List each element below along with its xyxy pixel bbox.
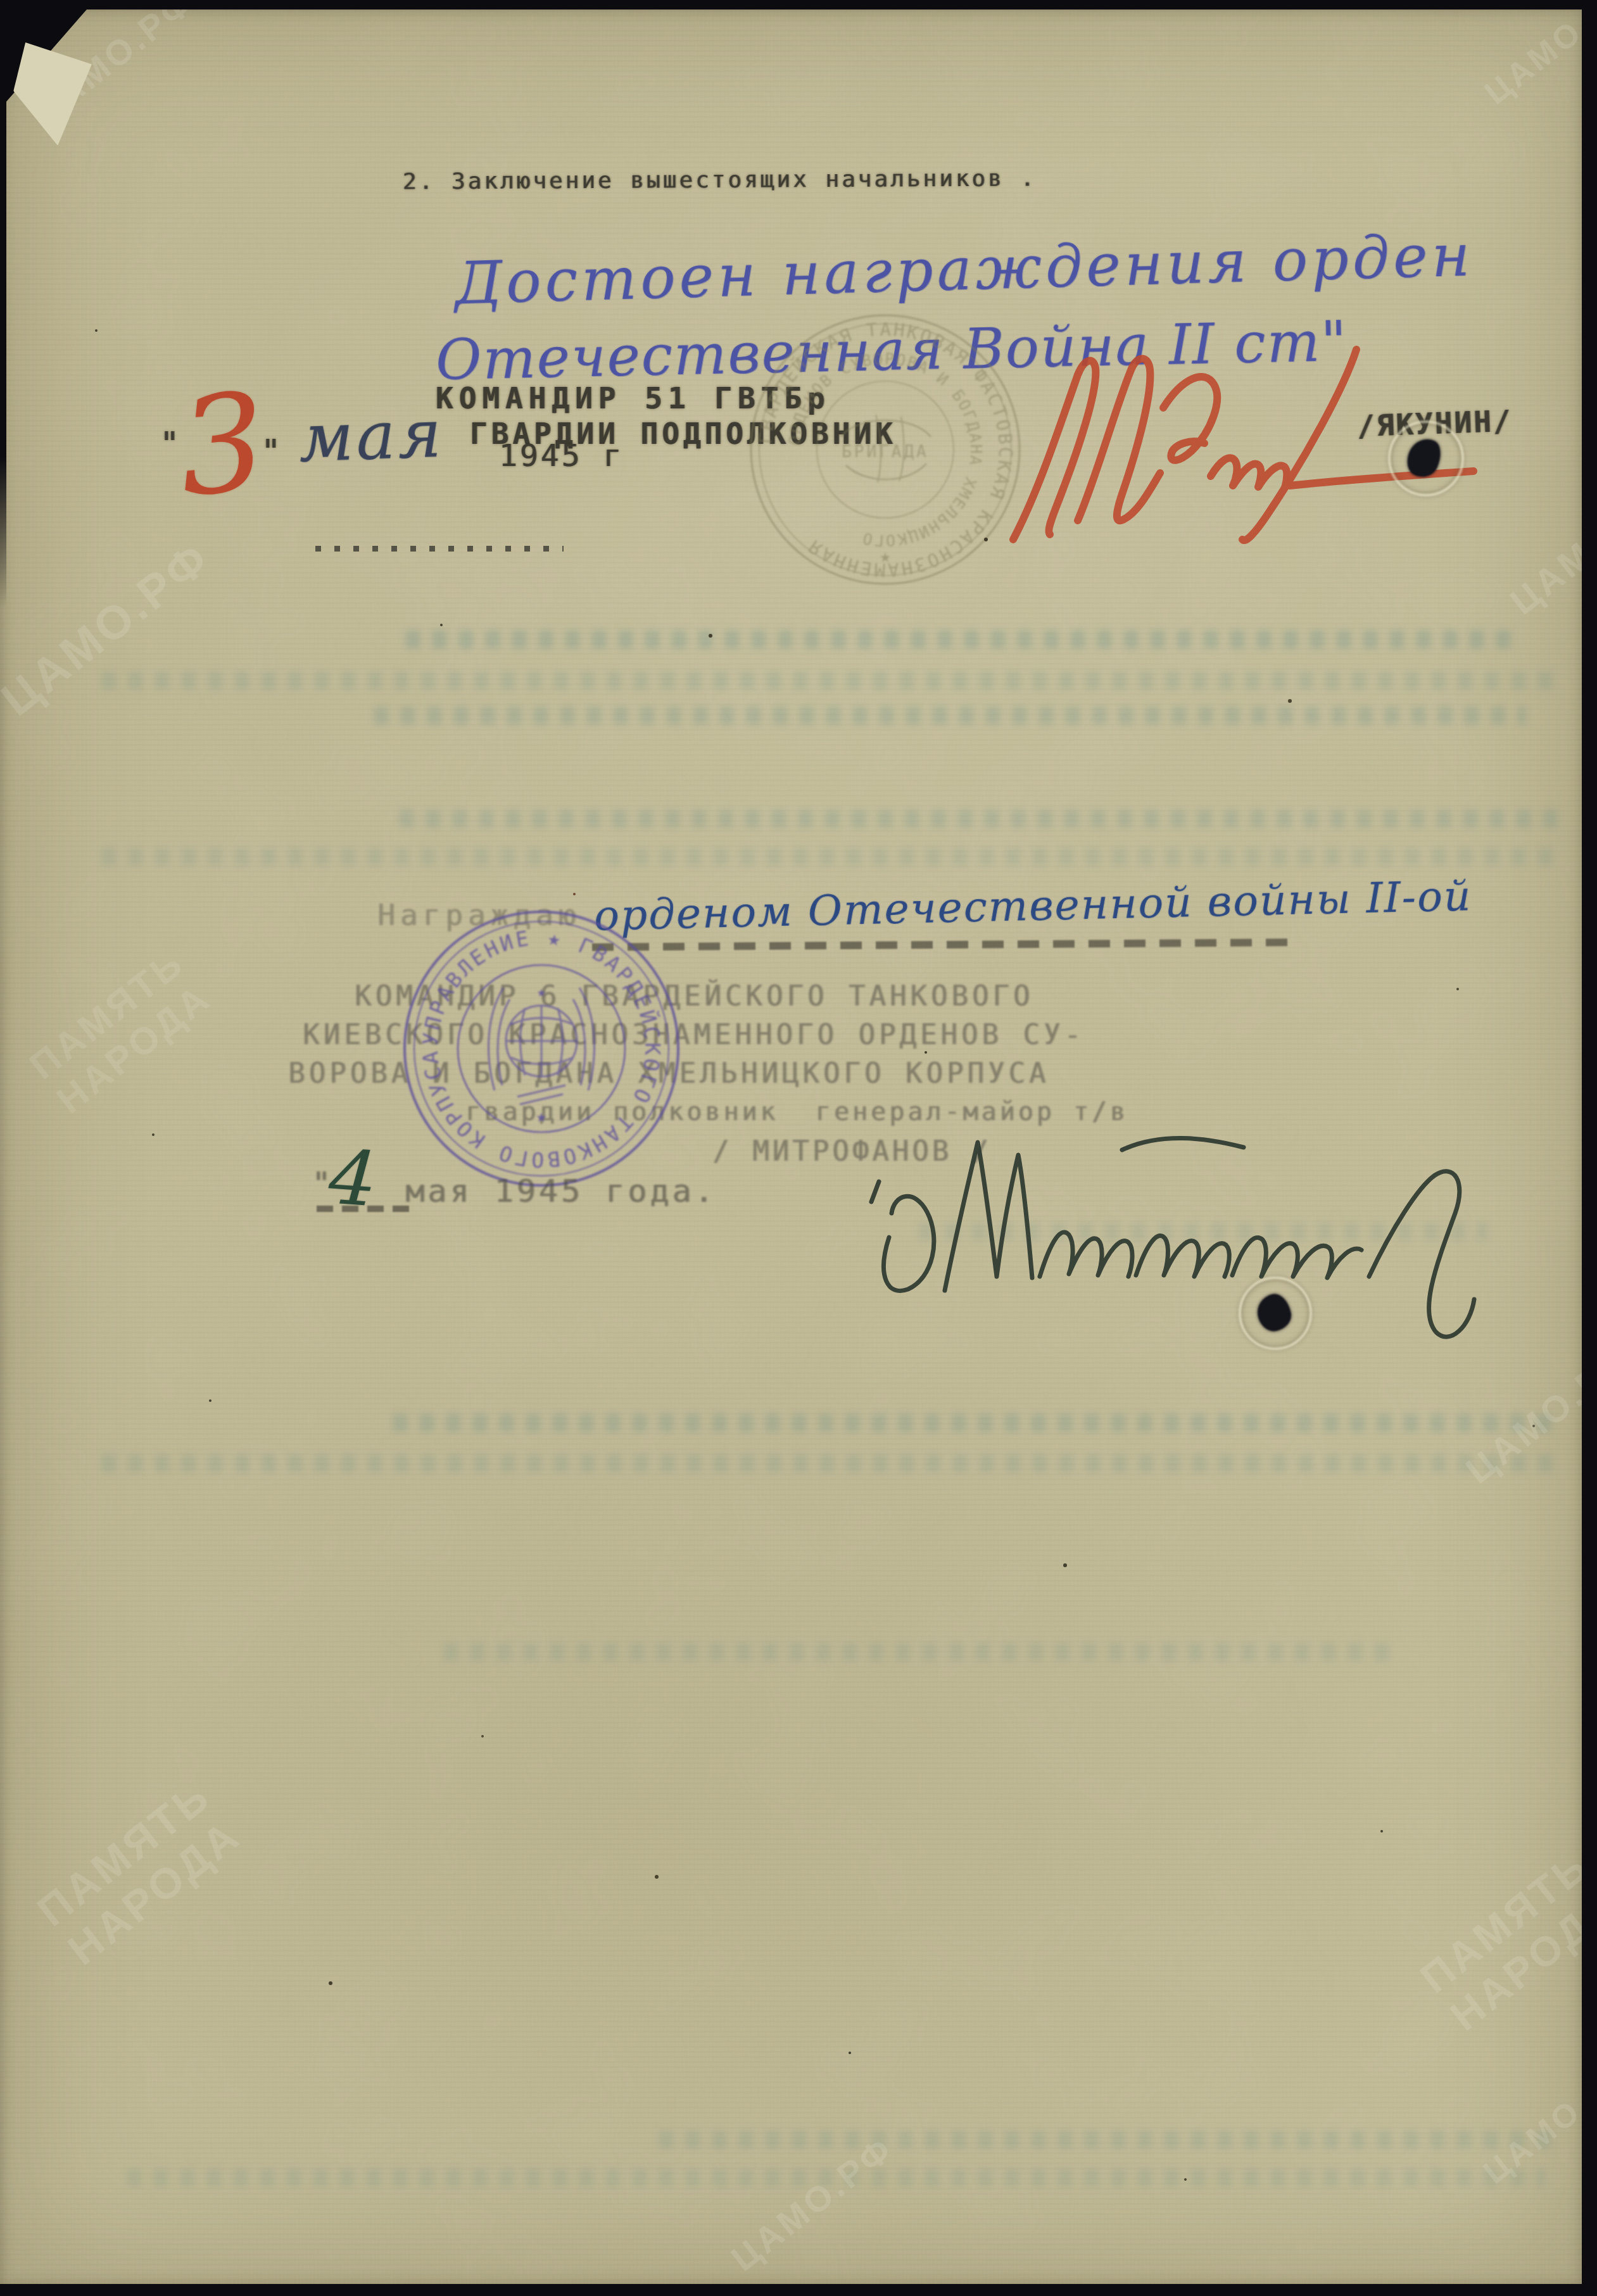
- date1-open-quote: ": [160, 426, 179, 464]
- scan-edge-right: [1582, 0, 1597, 2296]
- corps-stamp-bottom-star-icon: ★: [536, 1106, 547, 1126]
- date1-month-handwritten: мая: [298, 395, 445, 477]
- date1-close-quote: ": [261, 433, 281, 471]
- document-scan: 2. Заключение вышестоящих начальников . …: [0, 0, 1597, 2296]
- corps-round-stamp: ★ УПРАВЛЕНИЕ ★ ГВАРДЕЙСКОГО ТАНКОВОГО КО…: [400, 907, 683, 1190]
- ink-bleed-row: [659, 2130, 1558, 2149]
- brigade-round-stamp: ГВАРДЕЙСКАЯ ТАНКОВАЯ ФАСТОВСКАЯ КРАСНОЗН…: [746, 310, 1025, 589]
- date2-rest-typed: мая 1945 года.: [405, 1173, 716, 1209]
- brigade-stamp-center-text: БРИГАДА: [842, 443, 929, 462]
- ink-bleed-row: [443, 1643, 1393, 1662]
- ink-bleed-row: [399, 809, 1558, 828]
- date1-year-typed: 1945 г: [499, 438, 624, 474]
- dotted-line: [315, 546, 564, 552]
- section-heading: 2. Заключение вышестоящих начальников .: [403, 165, 1037, 194]
- mitrofanov-signature-autograph: [850, 1087, 1502, 1340]
- ink-bleed-row: [405, 630, 1520, 649]
- dashed-underline-date2: [317, 1206, 418, 1212]
- ink-bleed-row: [101, 671, 1558, 690]
- ink-bleed-row: [374, 706, 1526, 725]
- ink-bleed-row: [101, 1454, 1564, 1473]
- scan-edge-bottom: [0, 2284, 1597, 2296]
- ink-bleed-row: [101, 847, 1558, 866]
- scan-edge-top: [0, 0, 1597, 9]
- date1-day-handwritten: 3: [174, 372, 272, 520]
- corps-stamp-top-star-icon: ★: [537, 983, 546, 1000]
- ink-bleed-row: [393, 1413, 1558, 1432]
- brigade-stamp-star-icon: ★: [880, 545, 891, 567]
